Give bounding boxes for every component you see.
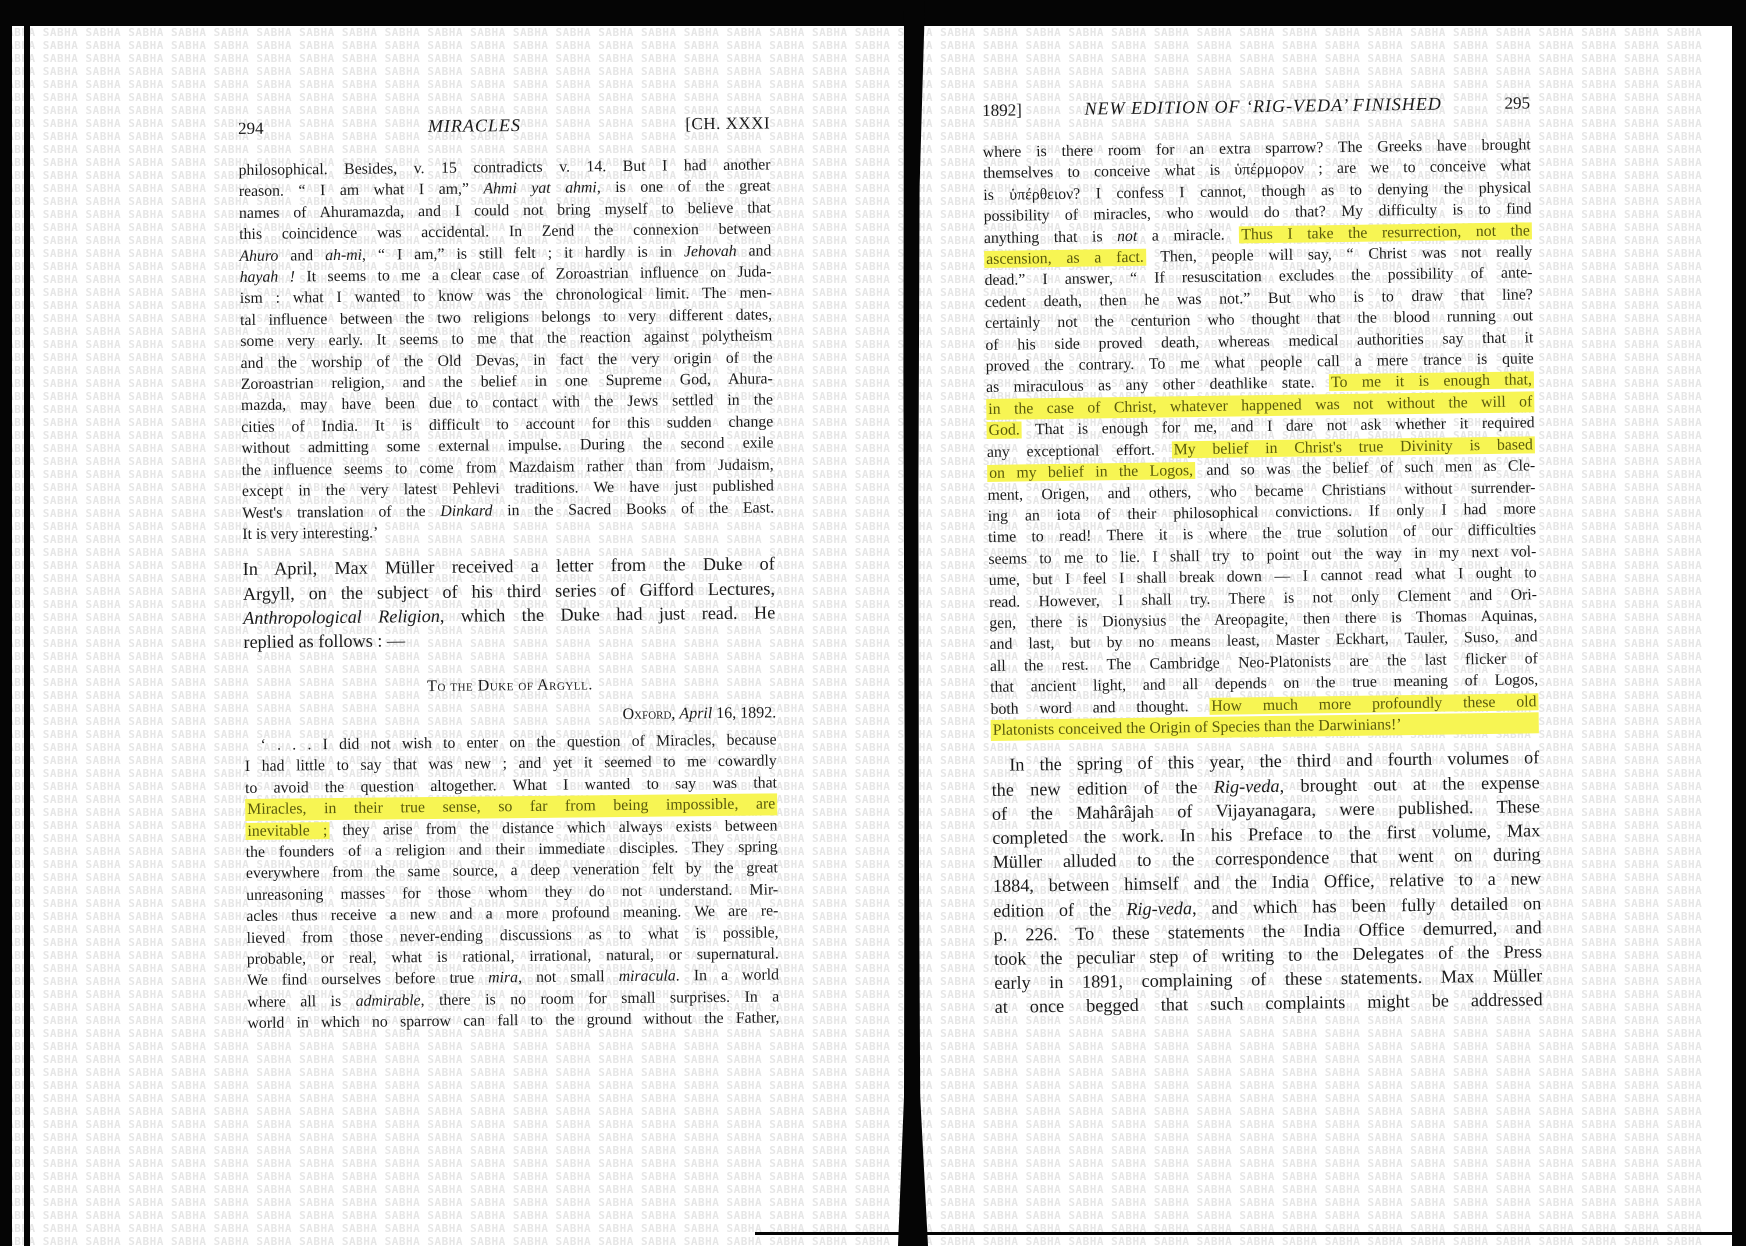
running-title: NEW EDITION OF ‘RIG-VEDA’ FINISHED bbox=[1084, 94, 1442, 120]
scan-border-right bbox=[1732, 0, 1746, 1246]
scan-border-bottom bbox=[755, 1232, 1746, 1235]
chapter-label: [CH. XXXI bbox=[685, 113, 770, 134]
letter-body: ‘ . . . I did not wish to enter on the q… bbox=[244, 729, 779, 1034]
highlighted-fragment: How much more profoundly these old bbox=[1209, 693, 1538, 715]
right-body: where is there room for an extra sparrow… bbox=[983, 134, 1543, 1019]
right-page: 1892] NEW EDITION OF ‘RIG-VEDA’ FINISHED… bbox=[982, 92, 1543, 1019]
page-number: 295 bbox=[1504, 93, 1530, 113]
year-label: 1892] bbox=[982, 100, 1022, 121]
running-title: MIRACLES bbox=[428, 115, 521, 137]
highlighted-fragment: To me it is enough that, bbox=[1329, 372, 1534, 392]
left-running-head: 294 MIRACLES [CH. XXXI bbox=[238, 112, 770, 144]
scan-border-top bbox=[0, 0, 1746, 26]
paragraph-2: In April, Max Müller received a letter f… bbox=[243, 552, 776, 654]
left-body: philosophical. Besides, v. 15 contradict… bbox=[238, 154, 779, 1034]
page-number: 294 bbox=[238, 119, 264, 139]
highlighted-fragment: on my belief in the Logos, bbox=[987, 462, 1195, 482]
text-line: replied as follows : — bbox=[243, 624, 775, 654]
letter-date: Oxford, April 16, 1892. bbox=[244, 702, 776, 729]
highlighted-fragment: Thus I take the resurrection, not the bbox=[1239, 222, 1532, 243]
letter-continuation: where is there room for an extra sparrow… bbox=[983, 134, 1539, 741]
highlighted-fragment: ascension, as a fact. bbox=[984, 249, 1146, 268]
scan-border-left-inner bbox=[24, 24, 30, 1246]
letter-heading: To the Duke of Argyll. bbox=[244, 673, 776, 700]
left-page: 294 MIRACLES [CH. XXXI philosophical. Be… bbox=[238, 112, 780, 1034]
scan-border-left bbox=[0, 0, 12, 1246]
highlighted-fragment: My belief in Christ's true Divinity is b… bbox=[1172, 436, 1535, 458]
highlighted-fragment: inevitable ; bbox=[245, 822, 329, 840]
paragraph-1: philosophical. Besides, v. 15 contradict… bbox=[238, 154, 774, 545]
text-line: It is very interesting.’ bbox=[242, 518, 774, 545]
highlighted-fragment: God. bbox=[986, 422, 1021, 439]
paragraph-rigveda: In the spring of this year, the third an… bbox=[991, 746, 1543, 1020]
